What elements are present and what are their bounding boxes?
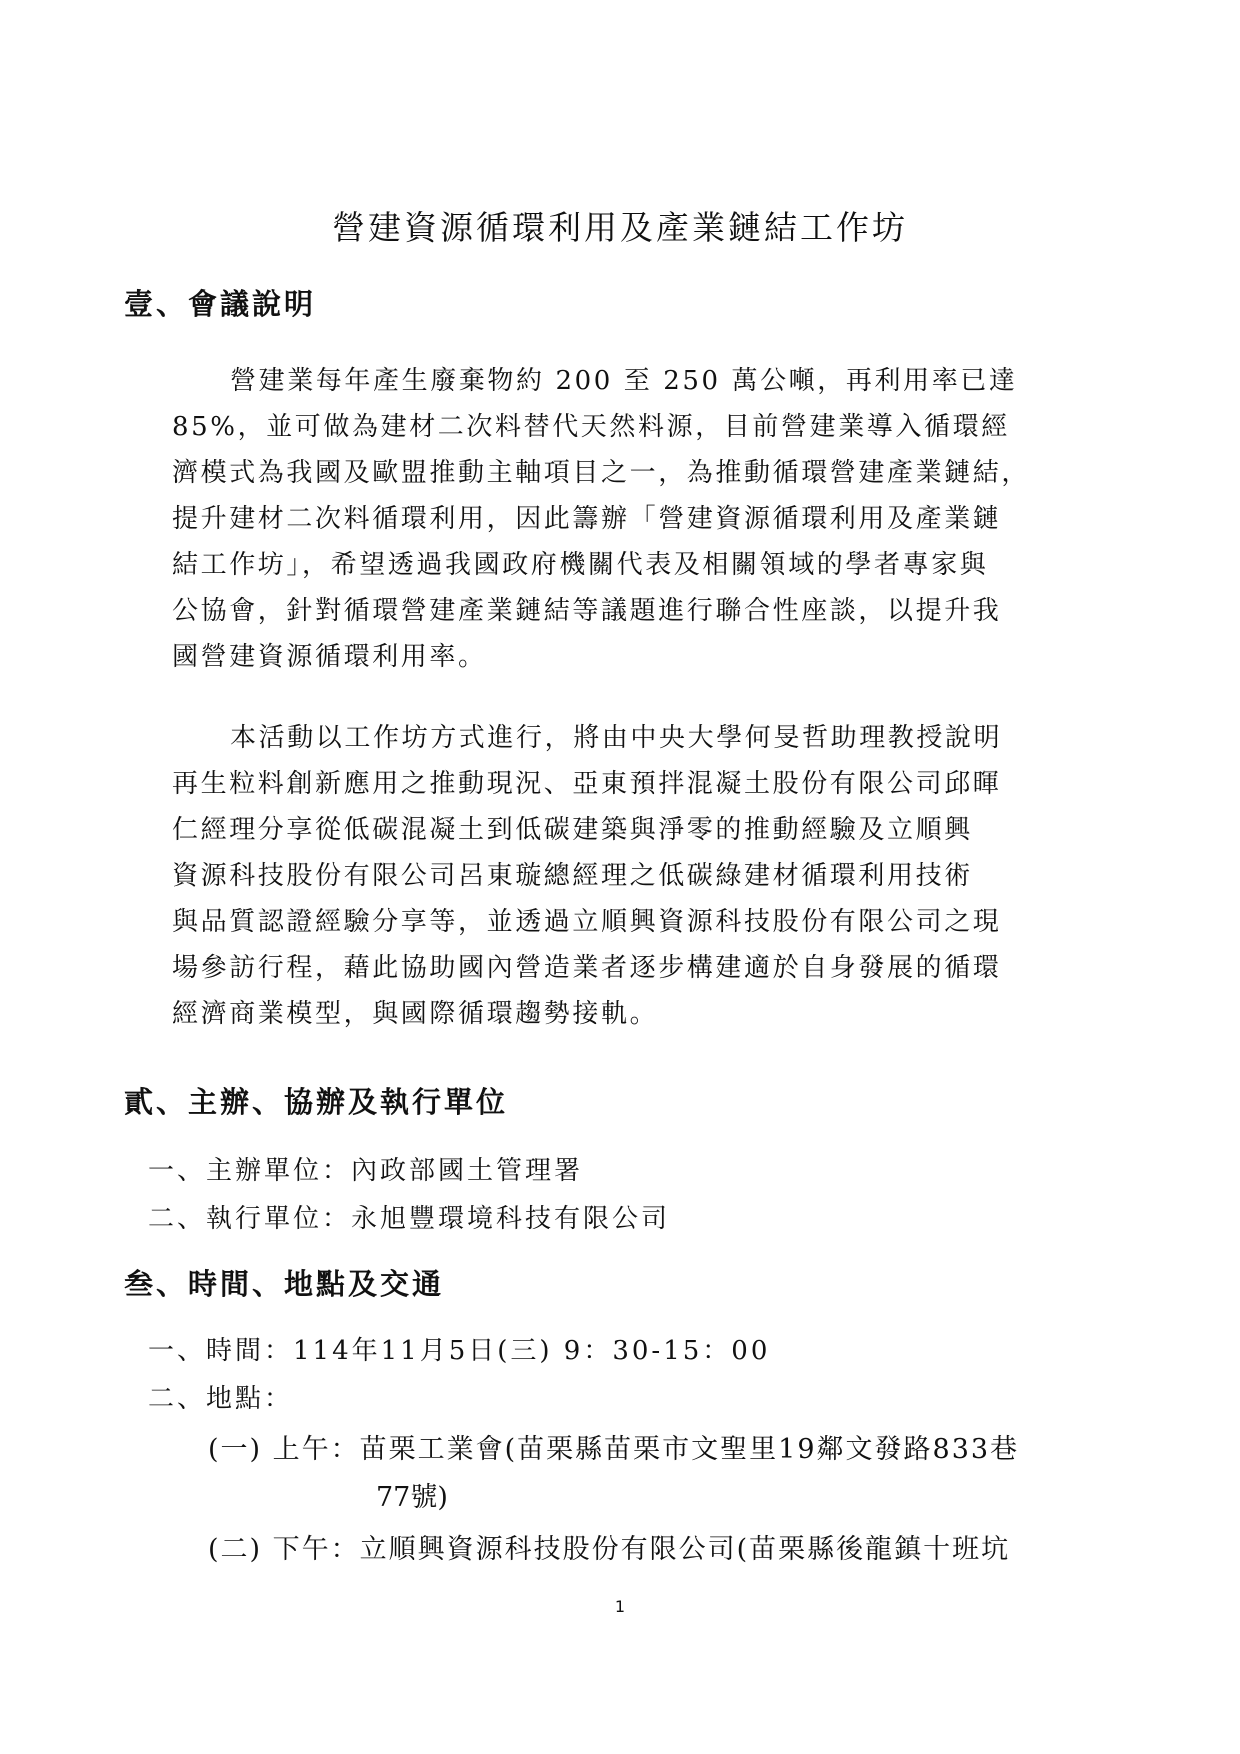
paragraph-line: 經濟商業模型，與國際循環趨勢接軌。 — [172, 991, 1097, 1037]
paragraph-line: 營建業每年產生廢棄物約 200 至 250 萬公噸，再利用率已達 — [172, 358, 1097, 404]
document-title: 營建資源循環利用及產業鏈結工作坊 — [0, 202, 1240, 249]
paragraph-line: 提升建材二次料循環利用，因此籌辦「營建資源循環利用及產業鏈 — [172, 496, 1097, 542]
paragraph-background: 營建業每年產生廢棄物約 200 至 250 萬公噸，再利用率已達 85%，並可做… — [172, 358, 1097, 680]
paragraph-line: 公協會，針對循環營建產業鏈結等議題進行聯合性座談，以提升我 — [172, 588, 1097, 634]
paragraph-line: 結工作坊」，希望透過我國政府機關代表及相關領域的學者專家與 — [172, 542, 1097, 588]
location-item: 二、地點： — [148, 1378, 293, 1415]
time-item: 一、時間：114年11月5日(三) 9：30-15：00 — [148, 1330, 770, 1367]
paragraph-line: 本活動以工作坊方式進行，將由中央大學何旻哲助理教授說明 — [172, 715, 1097, 761]
paragraph-line: 仁經理分享從低碳混凝土到低碳建築與淨零的推動經驗及立順興 — [172, 807, 1097, 853]
paragraph-line: 資源科技股份有限公司呂東璇總經理之低碳綠建材循環利用技術 — [172, 853, 1097, 899]
section-heading-organizers: 貳、主辦、協辦及執行單位 — [124, 1080, 508, 1121]
paragraph-line: 場參訪行程，藉此協助國內營造業者逐步構建適於自身發展的循環 — [172, 945, 1097, 991]
location-morning-continuation: 77號) — [376, 1475, 448, 1514]
location-afternoon: (二) 下午：立順興資源科技股份有限公司(苗栗縣後龍鎮十班坑 — [208, 1527, 1010, 1566]
paragraph-line: 85%，並可做為建材二次料替代天然料源，目前營建業導入循環經 — [172, 404, 1097, 450]
executor-item: 二、執行單位：永旭豐環境科技有限公司 — [148, 1198, 670, 1235]
paragraph-line: 國營建資源循環利用率。 — [172, 634, 1097, 680]
organizer-item: 一、主辦單位：內政部國土管理署 — [148, 1150, 583, 1187]
location-morning: (一) 上午：苗栗工業會(苗栗縣苗栗市文聖里19鄰文發路833巷 — [208, 1427, 1019, 1466]
paragraph-line: 再生粒料創新應用之推動現況、亞東預拌混凝土股份有限公司邱暉 — [172, 761, 1097, 807]
paragraph-activity: 本活動以工作坊方式進行，將由中央大學何旻哲助理教授說明 再生粒料創新應用之推動現… — [172, 715, 1097, 1037]
paragraph-line: 濟模式為我國及歐盟推動主軸項目之一，為推動循環營建產業鏈結， — [172, 450, 1097, 496]
section-heading-meeting-description: 壹、會議說明 — [124, 282, 316, 323]
section-heading-time-location: 叁、時間、地點及交通 — [124, 1262, 444, 1303]
page-number: 1 — [0, 1597, 1240, 1616]
paragraph-line: 與品質認證經驗分享等，並透過立順興資源科技股份有限公司之現 — [172, 899, 1097, 945]
